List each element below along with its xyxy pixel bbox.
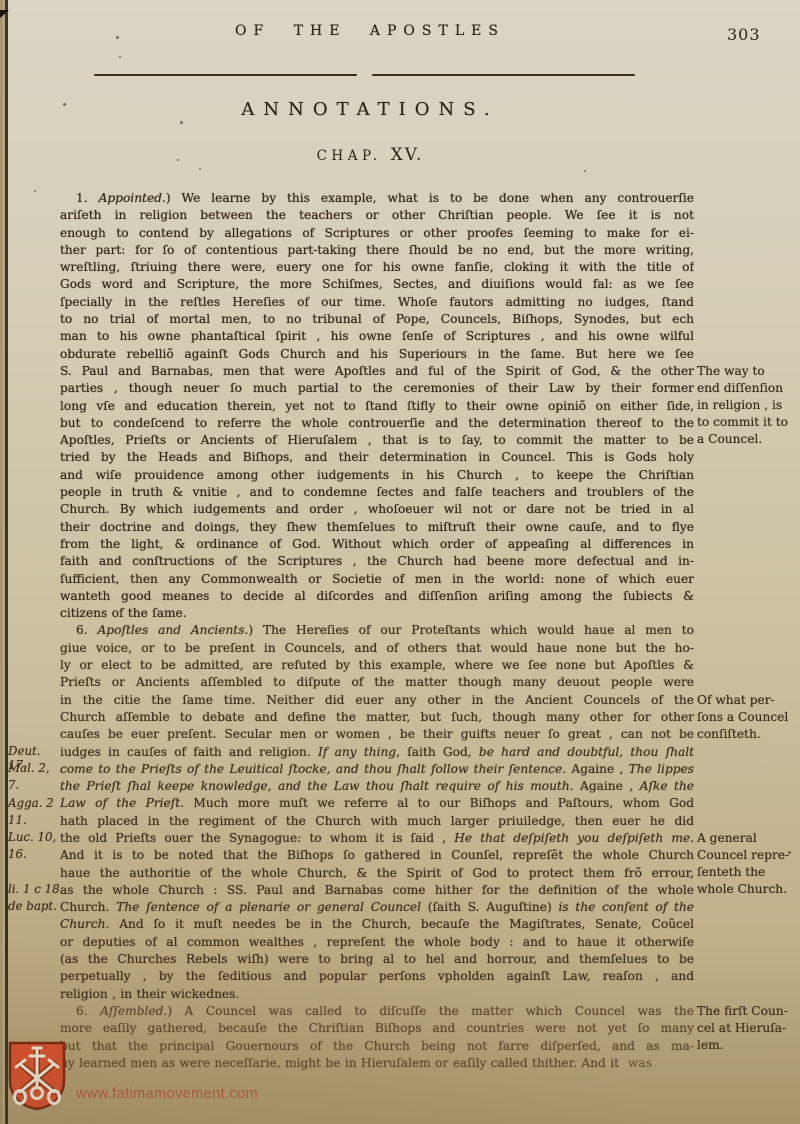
text-line: faith and conſtructions of the Scripture… (60, 553, 694, 570)
text-line: ariſeth in religion between the teachers… (60, 207, 694, 224)
text-line: the old Prieſts ouer the Synagogue: to w… (60, 830, 694, 847)
text-line: parties , though neuer ſo much partial t… (60, 380, 694, 397)
text-line: as the whole Church : SS. Paul and Barna… (60, 882, 694, 899)
annotation-paragraph: 6. Apoſtles and Ancients.) The Hereſies … (60, 622, 694, 1003)
annotation-paragraph: 1. Appointed.) We learne by this example… (60, 190, 694, 622)
margin-note-line: end diſſenſion (697, 380, 797, 397)
running-title: OF THE APOSTLES (170, 23, 570, 39)
text-line: but that the principal Gouernours of the… (60, 1038, 694, 1055)
margin-note-line: cel at Hieruſa- (697, 1020, 797, 1037)
text-line: wreſtling, ſtriuing there were, euery on… (60, 259, 694, 276)
text-line: S. Paul and Barnabas, men that were Apoſ… (60, 363, 694, 380)
text-line: man to his owne phantaſtical ſpirit , hi… (60, 328, 694, 345)
text-line: 6. Apoſtles and Ancients.) The Hereſies … (60, 622, 694, 639)
margin-note-line: lem. (697, 1037, 797, 1054)
text-line: in the citie the ſame time. Neither did … (60, 692, 694, 709)
ink-speck (63, 103, 66, 106)
crossed-keys-shield-icon (6, 1040, 68, 1112)
text-line: Law of the Prieſt. Much more muſt we ref… (60, 795, 694, 812)
chapter-label: CHAP. (317, 148, 382, 164)
body-text: 1. Appointed.) We learne by this example… (60, 190, 694, 1072)
text-line: come to the Prieſts of the Leuitical ſto… (60, 761, 694, 778)
scan-edge-line (5, 0, 8, 1124)
ink-speck (180, 121, 183, 124)
ink-speck (119, 56, 121, 58)
margin-note-line: ſenteth the (697, 864, 797, 881)
text-line: 1. Appointed.) We learne by this example… (60, 190, 694, 207)
divider-rule-left (94, 74, 357, 76)
text-line: from the light, & ordinance of God. With… (60, 536, 694, 553)
text-line: citizens of the ſame. (60, 605, 694, 622)
text-line: the Prieſt ſhal keepe knowledge, and the… (60, 778, 694, 795)
ink-speck (34, 190, 36, 192)
text-line: (as the Churches Rebels wiſh) were to br… (60, 951, 694, 968)
text-line: Gods word and Scripture, the more Schiſm… (60, 276, 694, 293)
watermark-url: www.fatimamovement.com (76, 1086, 258, 1102)
margin-reference: li. 1 c 18 (8, 882, 60, 896)
text-line: ther part: for ſo of contentious part-ta… (60, 242, 694, 259)
text-line: wanteth good meanes to decide al diſcord… (60, 588, 694, 605)
annotations-heading: ANNOTATIONS. (0, 99, 740, 120)
text-line: tried by the Heads and Biſhops, and thei… (60, 449, 694, 466)
margin-reference: Agga. 2 (8, 796, 60, 810)
margin-reference: 11. (8, 813, 60, 827)
text-line: Church. The ſentence of a plenarie or ge… (60, 899, 694, 916)
text-line: And it is to be noted that the Biſhops ſ… (60, 847, 694, 864)
text-line: obdurate rebelliõ againſt Gods Church an… (60, 346, 694, 363)
margin-note: The firſt Coun-cel at Hieruſa-lem. (697, 1003, 797, 1054)
text-line: Prieſts or Ancients aſſembled to diſpute… (60, 674, 694, 691)
text-line: 6. Aſſembled.) A Councel was called to d… (60, 1003, 694, 1020)
ink-speck (788, 851, 791, 854)
text-line: to no trial of mortal men, to no tribuna… (60, 311, 694, 328)
text-line: but to condeſcend to referre the whole c… (60, 415, 694, 432)
catchword: was (628, 1056, 652, 1070)
margin-reference: Mal. 2, (8, 761, 60, 775)
divider-rule-right (372, 74, 635, 76)
text-line: cauſes be euer preſent. Secular men or w… (60, 726, 694, 743)
margin-reference: Luc. 10, (8, 830, 60, 844)
margin-note-line: The firſt Coun- (697, 1003, 797, 1020)
page-number: 303 (727, 25, 761, 44)
margin-note-line: in religion , is (697, 397, 797, 414)
scan-corner-mark (0, 10, 9, 18)
chapter-heading: CHAP.XV. (0, 145, 740, 165)
text-line: Church. By which iudgements and order , … (60, 501, 694, 518)
text-line: Church. And ſo it muſt needes be in the … (60, 916, 694, 933)
text-line: people in truth & vnitie , and to condem… (60, 484, 694, 501)
margin-note-line: Councel repre- (697, 847, 797, 864)
margin-note-line: ſons a Councel (697, 709, 797, 726)
text-line: their doctrine and doings, they ſhew the… (60, 519, 694, 536)
ink-speck (536, 1012, 538, 1014)
text-line: Church aſſemble to debate and define the… (60, 709, 694, 726)
chapter-numeral: XV. (391, 145, 424, 165)
ink-speck (116, 36, 119, 39)
margin-note-line: to commit it to (697, 414, 797, 431)
margin-note: Of what per-ſons a Councelconſiſteth. (697, 692, 797, 743)
text-line: iudges in cauſes of faith and religion. … (60, 744, 694, 761)
text-line: enough to contend by allegations of Scri… (60, 225, 694, 242)
margin-note-line: conſiſteth. (697, 726, 797, 743)
text-line: ly or elect to be admitted, are refuted … (60, 657, 694, 674)
text-line: perpetually , by the ſeditious and popul… (60, 968, 694, 985)
text-line: more eaſily gathered, becauſe the Chriſt… (60, 1020, 694, 1037)
ink-speck (199, 168, 201, 170)
margin-note-line: Of what per- (697, 692, 797, 709)
ink-speck (177, 159, 179, 161)
text-line: ſpecially in the reſtles Hereſies of our… (60, 294, 694, 311)
text-line: Apoſtles, Prieſts or Ancients of Hieruſa… (60, 432, 694, 449)
text-line: or deputies of al common wealthes , repr… (60, 934, 694, 951)
text-line: hath placed in the regiment of the Churc… (60, 813, 694, 830)
margin-note: A generalCouncel repre-ſenteth thewhole … (697, 830, 797, 898)
text-line: haue the authoritie of the whole Church,… (60, 865, 694, 882)
margin-note-line: A general (697, 830, 797, 847)
text-line: long vſe and education therein, yet not … (60, 398, 694, 415)
margin-reference: 7. (8, 778, 60, 792)
text-line: ny learned men as were neceſſarie, might… (60, 1055, 694, 1072)
margin-note-line: The way to (697, 363, 797, 380)
text-line: and wiſe prouidence among other iudgemen… (60, 467, 694, 484)
scanned-book-page: OF THE APOSTLES 303 ANNOTATIONS. CHAP.XV… (0, 0, 800, 1124)
text-line: giue voice, or to be preſent in Councels… (60, 640, 694, 657)
annotation-paragraph: 6. Aſſembled.) A Councel was called to d… (60, 1003, 694, 1072)
ink-speck (584, 170, 586, 172)
margin-note-line: a Councel. (697, 431, 797, 448)
margin-reference: de bapt. (8, 899, 60, 913)
margin-reference: 16. (8, 847, 60, 861)
text-line: ſufficient, then any Commonwealth or Soc… (60, 571, 694, 588)
text-line: religion , in their wickednes. (60, 986, 694, 1003)
margin-note-line: whole Church. (697, 881, 797, 898)
margin-note: The way toend diſſenſionin religion , is… (697, 363, 797, 448)
